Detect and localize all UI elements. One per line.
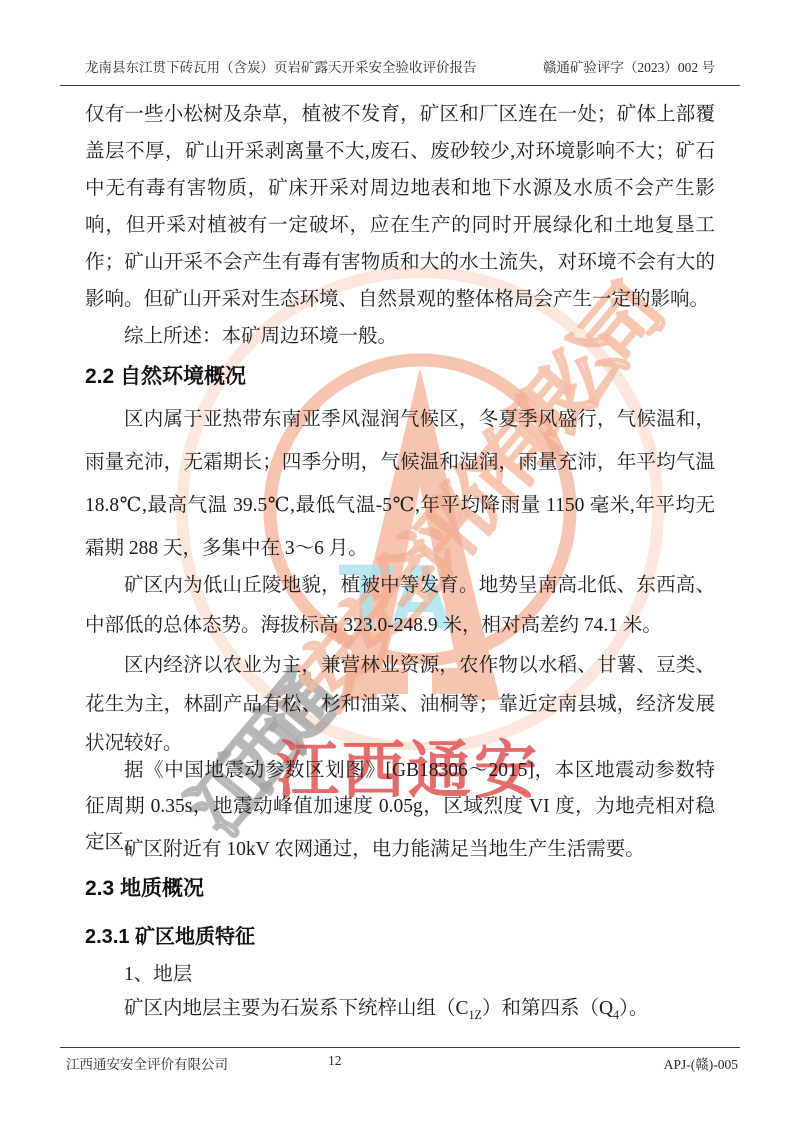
paragraph-strata-label: 1、地层 <box>85 956 715 993</box>
paragraph-power: 矿区附近有 10kV 农网通过，电力能满足当地生产生活需要。 <box>85 831 715 868</box>
geology-text-part1: 矿区内地层主要为石炭系下统梓山组（C <box>124 998 469 1019</box>
paragraph-summary: 综上所述：本矿周边环境一般。 <box>85 318 715 355</box>
section-heading-2-3-1: 2.3.1 矿区地质特征 <box>85 920 715 949</box>
header-rule <box>60 85 740 86</box>
page-footer: 江西通安安全评价有限公司 12 APJ-(赣)-005 <box>66 1053 738 1073</box>
footer-company-name: 江西通安安全评价有限公司 <box>66 1053 228 1073</box>
footer-doc-code: APJ-(赣)-005 <box>664 1053 738 1073</box>
paragraph-economy: 区内经济以农业为主，兼营林业资源，农作物以水稻、甘薯、豆类、花生为主，林副产品有… <box>85 646 715 763</box>
geology-text-part2: ）和第四系（Q <box>482 998 613 1019</box>
paragraph-climate: 区内属于亚热带东南亚季风湿润气候区，冬夏季风盛行，气候温和，雨量充沛，无霜期长；… <box>85 398 715 570</box>
header-doc-number: 赣通矿验评字（2023）002 号 <box>543 56 715 76</box>
paragraph-geology: 矿区内地层主要为石炭系下统梓山组（C1Z）和第四系（Q4）。 <box>85 990 715 1034</box>
geology-text-part3: ）。 <box>619 998 648 1019</box>
paragraph-environment: 仅有一些小松树及杂草，植被不发育，矿区和厂区连在一处；矿体上部覆盖层不厚，矿山开… <box>85 96 715 318</box>
section-heading-2-2: 2.2 自然环境概况 <box>85 360 715 390</box>
footer-page-number: 12 <box>328 1053 342 1069</box>
page-header: 龙南县东江贯下砖瓦用（含炭）页岩矿露天开采安全验收评价报告 赣通矿验评字（202… <box>85 56 715 76</box>
header-report-title: 龙南县东江贯下砖瓦用（含炭）页岩矿露天开采安全验收评价报告 <box>85 56 477 76</box>
paragraph-terrain: 矿区内为低山丘陵地貌，植被中等发育。地势呈南高北低、东西高、中部低的总体态势。海… <box>85 566 715 646</box>
report-page: TA 江西通安安全评价有限公司 江西通安 龙南县东江贯下砖瓦用（含炭）页岩矿露天… <box>0 0 800 1131</box>
section-heading-2-3: 2.3 地质概况 <box>85 872 715 902</box>
footer-rule <box>60 1047 740 1048</box>
geology-subscript-1z: 1Z <box>469 1008 482 1022</box>
